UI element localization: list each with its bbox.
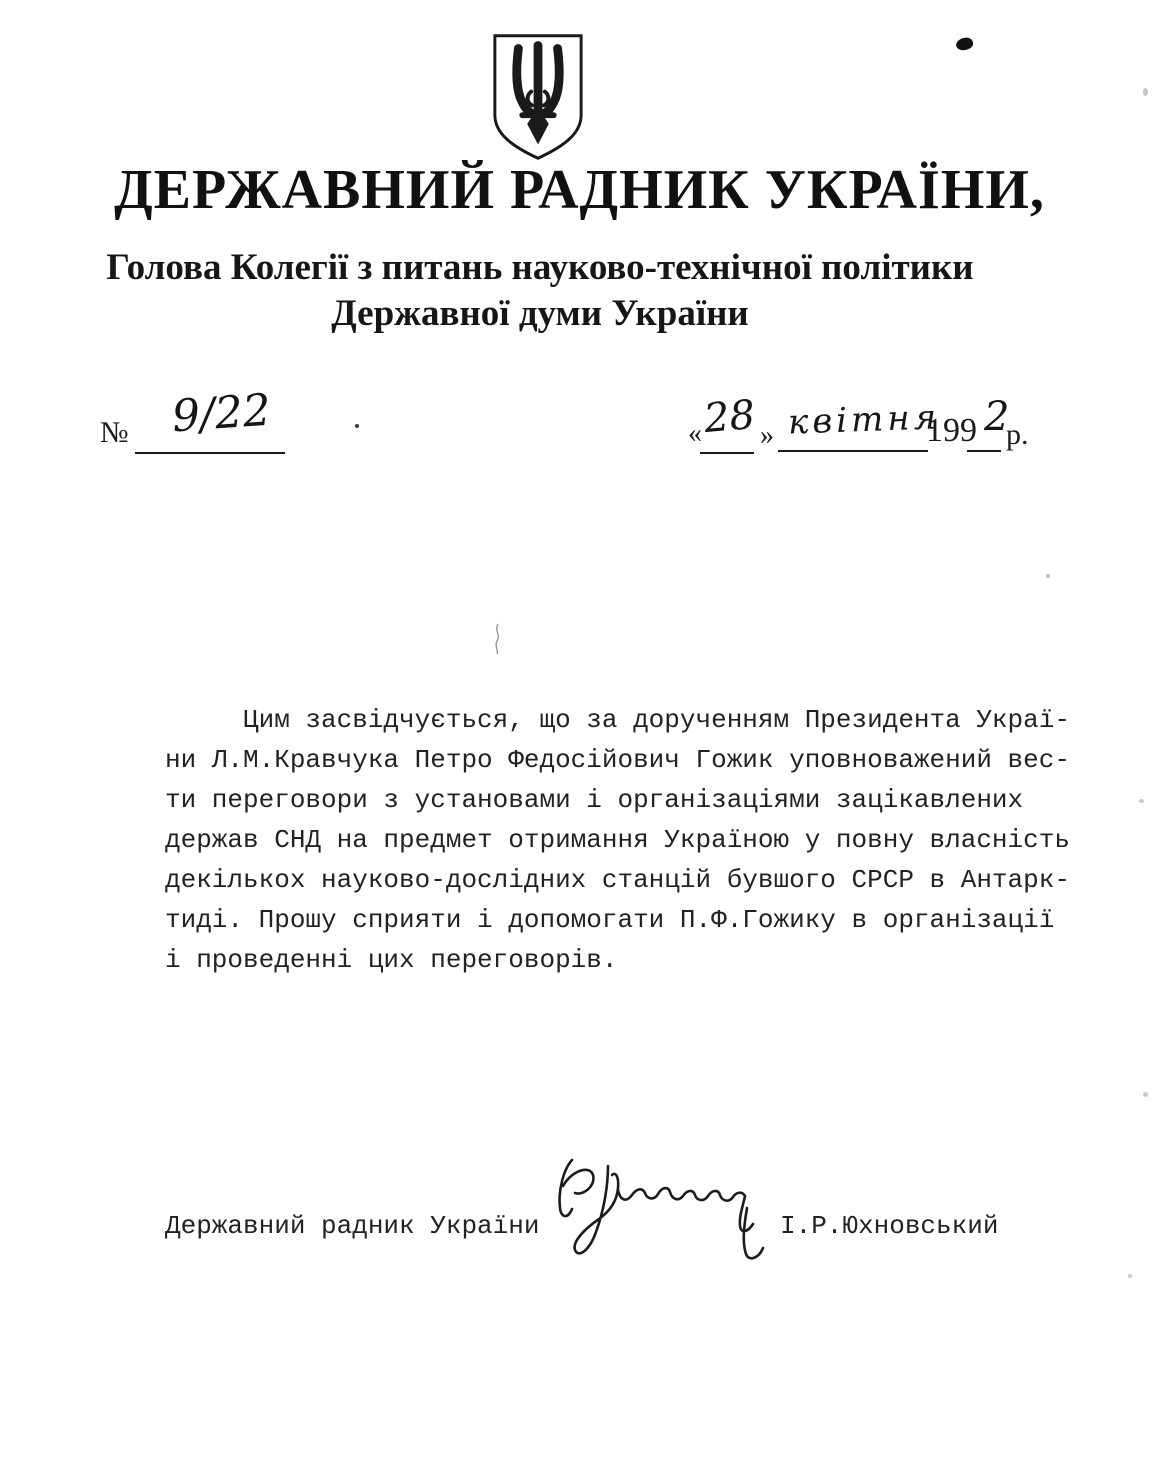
ref-number-value-handwritten: 9/22 xyxy=(170,385,272,443)
typed-line: держав СНД на предмет отримання Україною… xyxy=(165,820,1070,860)
subtitle-line-1: Голова Колегії з питань науково-технічно… xyxy=(0,246,1080,289)
scan-speck xyxy=(1143,88,1148,96)
scan-speck xyxy=(1128,1274,1132,1278)
date-day-handwritten: 28 xyxy=(702,392,757,442)
typed-line: Цим засвідчується, що за дорученням През… xyxy=(165,700,1070,740)
typed-line: і проведенні цих переговорів. xyxy=(165,940,1070,980)
signer-position-title: Державний радник України xyxy=(165,1206,539,1246)
ref-number-label: № xyxy=(100,416,129,450)
signer-name: І.Р.Юхновський xyxy=(780,1206,998,1246)
scan-squiggle xyxy=(490,622,506,656)
date-year-underline xyxy=(967,450,1001,452)
date-close-quote: » xyxy=(760,420,774,452)
ref-number-underline xyxy=(135,452,285,454)
scan-speck xyxy=(1139,799,1144,803)
date-year-printed: 199 xyxy=(926,412,977,450)
scan-speck xyxy=(1143,1092,1148,1097)
date-month-handwritten: квітня xyxy=(787,397,940,442)
scan-speck xyxy=(355,424,359,428)
date-month-underline xyxy=(778,450,928,452)
signature-script-icon xyxy=(545,1148,795,1278)
scanned-letter-page: ДЕРЖАВНИЙ РАДНИК УКРАЇНИ, Голова Колегії… xyxy=(0,0,1159,1468)
typed-line: декількох науково-дослідних станцій бувш… xyxy=(165,860,1070,900)
page-title: ДЕРЖАВНИЙ РАДНИК УКРАЇНИ, xyxy=(0,158,1159,222)
subtitle-line-2: Державної думи України xyxy=(0,292,1080,335)
typed-line: тиді. Прошу сприяти і допомогати П.Ф.Гож… xyxy=(165,900,1070,940)
date-open-quote: « xyxy=(688,418,702,450)
letter-body: Цим засвідчується, що за дорученням През… xyxy=(165,700,1070,980)
ukraine-trident-shield-icon xyxy=(489,32,587,162)
date-suffix: р. xyxy=(1006,418,1029,452)
typed-line: ни Л.М.Кравчука Петро Федосійович Гожик … xyxy=(165,740,1070,780)
ink-blot xyxy=(955,36,974,52)
date-day-underline xyxy=(700,452,754,454)
typed-line: ти переговори з установами і організація… xyxy=(165,780,1070,820)
scan-speck xyxy=(1046,574,1050,578)
